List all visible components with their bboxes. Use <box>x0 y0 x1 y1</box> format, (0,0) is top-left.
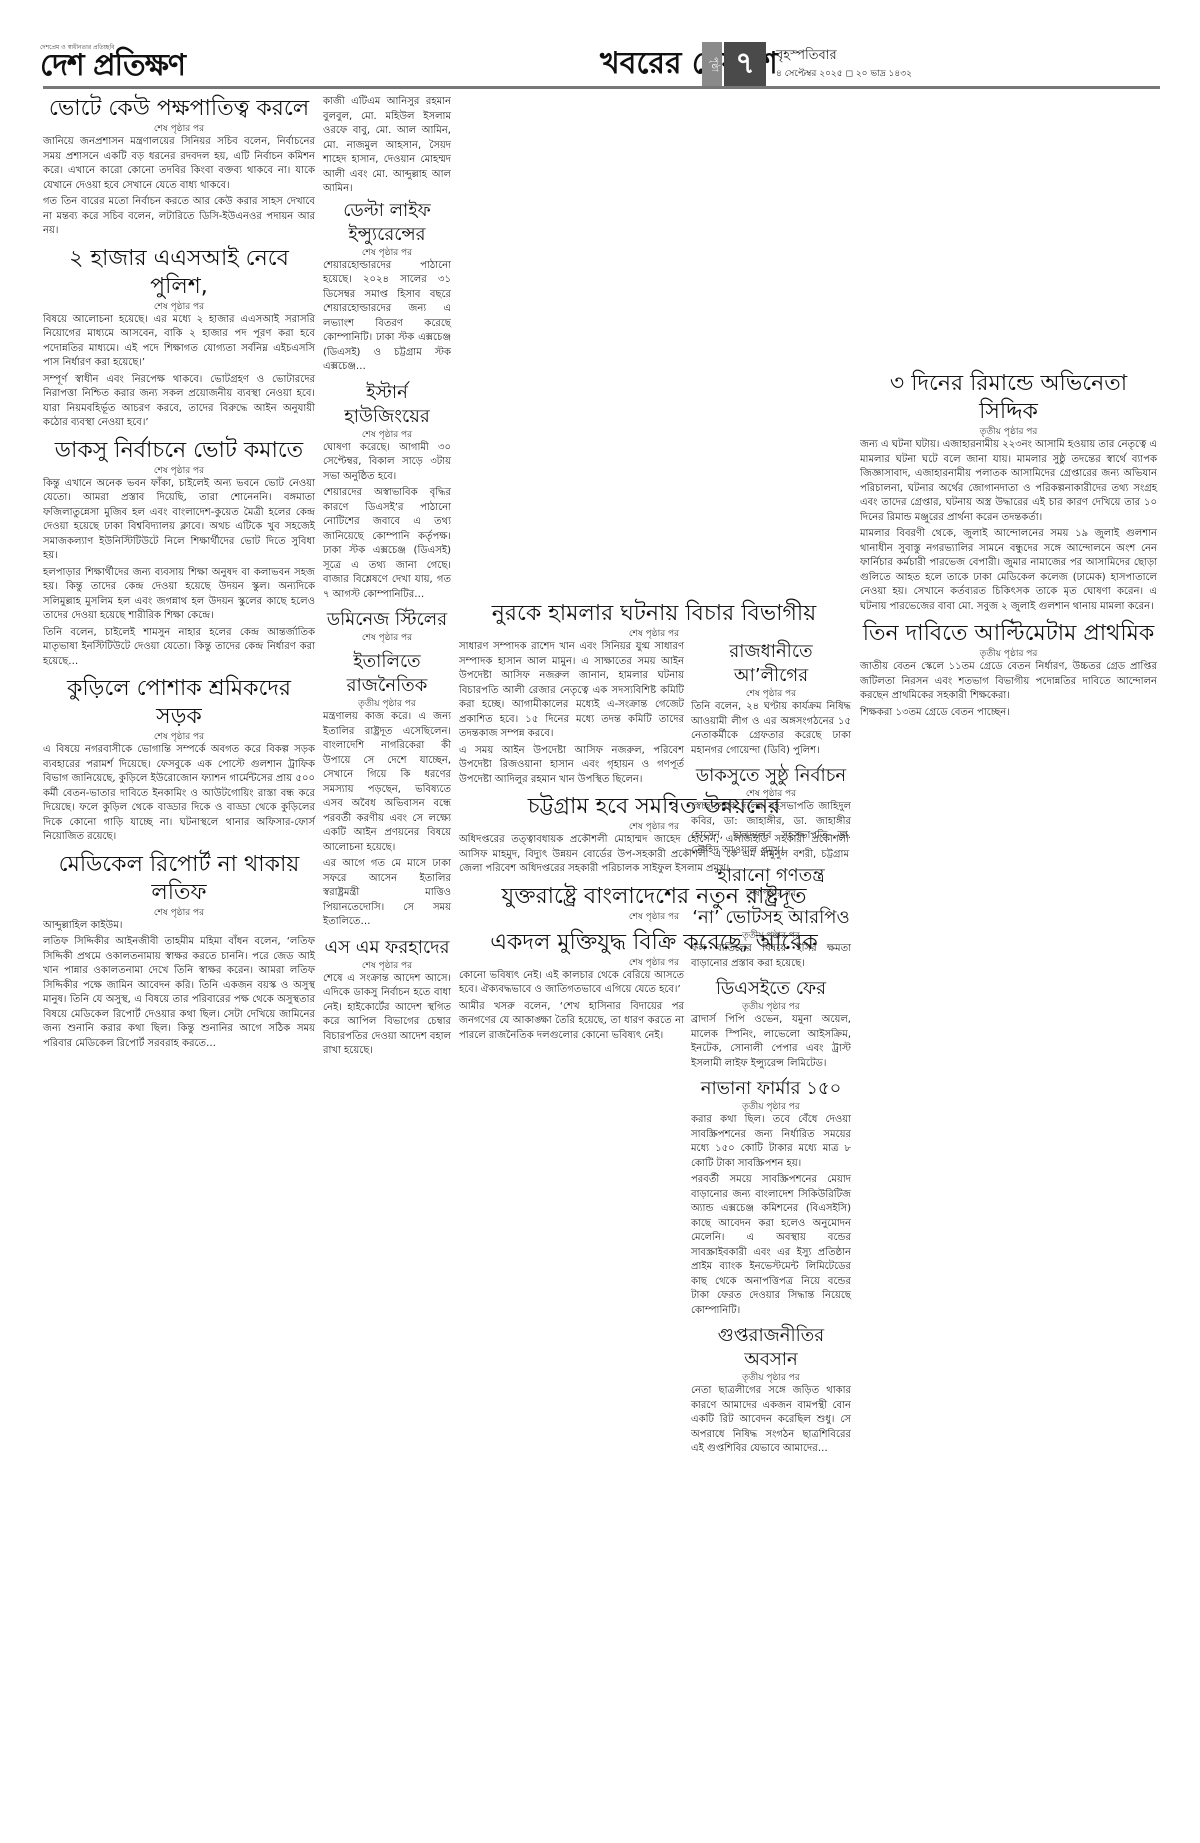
story-sm-farhad: এস এম ফরহাদের শেষ পৃষ্ঠার পর শেষে এ সংক্… <box>323 936 451 1059</box>
continuation-label: শেষ পৃষ্ঠার পর <box>323 960 451 972</box>
continuation-label: শেষ পৃষ্ঠার পর <box>323 632 451 644</box>
headline[interactable]: ডাকসুতে সুষ্ঠু নির্বাচন <box>691 764 851 788</box>
headline[interactable]: ‘না’ ভোটসহ আরপিও <box>691 906 851 930</box>
headline[interactable]: এস এম ফরহাদের <box>323 936 451 960</box>
story-dse: ডিএসইতে ফের তৃতীয় পৃষ্ঠার পর ব্রাদার্স … <box>691 977 851 1071</box>
story-police-asi: ২ হাজার এএসআই নেবে পুলিশ, শেষ পৃষ্ঠার পর… <box>43 245 315 431</box>
column-1: ভোটে কেউ পক্ষপাতিত্ব করলে শেষ পৃষ্ঠার পর… <box>43 95 315 1057</box>
story-primary-teachers: তিন দাবিতে আল্টিমেটাম প্রাথমিক তৃতীয় পৃ… <box>860 620 1157 720</box>
paragraph: ব্রাদার্স পিপি ওভেন, যমুনা অয়েল, মালেক … <box>691 1013 851 1071</box>
story-lost-democracy: হারানো গণতন্ত্র শেষ পৃষ্ঠার পর <box>691 864 851 900</box>
story-latif-medical: মেডিকেল রিপোর্ট না থাকায় লতিফ শেষ পৃষ্ঠ… <box>43 851 315 1052</box>
page-number: ৭ <box>724 42 766 86</box>
paragraph: কোনো ভবিষ্যৎ নেই। এই কালচার থেকে বেরিয়ে… <box>459 969 684 998</box>
continuation-label: শেষ পৃষ্ঠার পর <box>43 731 315 743</box>
paragraph: বিষয়ে আলোচনা হয়েছে। এর মধ্যে ২ হাজার এ… <box>43 313 315 371</box>
paragraph: জানিয়ে জনপ্রশাসন মন্ত্রণালয়ের সিনিয়র … <box>43 135 315 193</box>
continuation-label: শেষ পৃষ্ঠার পর <box>43 465 315 477</box>
story-capital-awami-league: রাজধানীতে আ’লীগের শেষ পৃষ্ঠার পর তিনি বল… <box>691 640 851 758</box>
paragraph: হলপাড়ার শিক্ষার্থীদের জন্য ব্যবসায় শিক… <box>43 566 315 624</box>
paragraph: জাতীয় বেতন স্কেলে ১১তম গ্রেডে বেতন নির্… <box>860 660 1157 704</box>
continuation-label: শেষ পৃষ্ঠার পর <box>323 247 451 259</box>
story-no-vote-rpo: ‘না’ ভোটসহ আরপিও তৃতীয় পৃষ্ঠার পর ফল বা… <box>691 906 851 971</box>
paragraph: মন্ত্রণালয় কাজ করে। এ জন্য ইতালির রাষ্ট… <box>323 710 451 855</box>
paragraph: শিক্ষকরা ১৩তম গ্রেডে বেতন পাচ্ছেন। <box>860 706 1157 721</box>
paragraph: পরবর্তী সময়ে সাবস্ক্রিপশনের মেয়াদ বাড়… <box>691 1173 851 1318</box>
headline[interactable]: তিন দাবিতে আল্টিমেটাম প্রাথমিক <box>860 620 1157 648</box>
publication-day: বৃহস্পতিবার <box>776 46 837 67</box>
paragraph: এ সময় আইন উপদেষ্টা আসিফ নজরুল, পরিবেশ উ… <box>459 744 684 788</box>
paragraph: লতিফ সিদ্দিকীর আইনজীবী তাহমীম মহিমা বাঁধ… <box>43 935 315 1051</box>
continuation-label: তৃতীয় পৃষ্ঠার পর <box>691 930 851 942</box>
continuation-label: শেষ পৃষ্ঠার পর <box>43 123 315 135</box>
paragraph: তিনি বলেন, ২৪ ঘণ্টায় কার্যক্রম নিষিদ্ধ … <box>691 700 851 758</box>
paragraph: সাধারণ সম্পাদক রাশেদ খান এবং সিনিয়র যুগ… <box>459 640 684 742</box>
paragraph: শেয়ারহোল্ডারদের পাঠানো হয়েছে। ২০২৪ সাল… <box>323 259 451 375</box>
paragraph: নেতা ছাত্রলীগের সঙ্গে জড়িত থাকার কারণে … <box>691 1384 851 1457</box>
paragraph: আমীর খসরু বলেন, ‘শেখ হাসিনার বিদায়ের পর… <box>459 1000 684 1044</box>
continuation-label: শেষ পৃষ্ঠার পর <box>323 429 451 441</box>
headline[interactable]: ভোটে কেউ পক্ষপাতিত্ব করলে <box>43 95 315 123</box>
headline[interactable]: ডাকসু নির্বাচনে ভোট কমাতে <box>43 437 315 465</box>
story-kuril-workers: কুড়িলে পোশাক শ্রমিকদের সড়ক শেষ পৃষ্ঠার… <box>43 675 315 845</box>
headline[interactable]: ডিএসইতে ফের <box>691 977 851 1001</box>
masthead-divider <box>43 86 1160 89</box>
headline[interactable]: ২ হাজার এএসআই নেবে পুলিশ, <box>43 245 315 301</box>
paragraph: সম্পূর্ণ স্বাধীন এবং নিরপেক্ষ থাকবে। ভোট… <box>43 373 315 431</box>
headline[interactable]: কুড়িলে পোশাক শ্রমিকদের সড়ক <box>43 675 315 731</box>
publication-date: ৪ সেপ্টেম্বর ২০২৫ ◻ ২০ ভাদ্র ১৪৩২ <box>776 66 912 81</box>
headline[interactable]: রাজধানীতে আ’লীগের <box>691 640 851 688</box>
story-navana-pharma: নাভানা ফার্মার ১৫০ তৃতীয় পৃষ্ঠার পর করা… <box>691 1077 851 1318</box>
continuation-label: শেষ পৃষ্ঠার পর <box>43 301 315 313</box>
paragraph: আব্দুল্লাহিল কাইউম। <box>43 919 315 934</box>
headline[interactable]: নাভানা ফার্মার ১৫০ <box>691 1077 851 1101</box>
story-ducsu-votes: ডাকসু নির্বাচনে ভোট কমাতে শেষ পৃষ্ঠার পর… <box>43 437 315 670</box>
headline[interactable]: ডেল্টা লাইফ ইন্স্যুরেন্সের <box>323 199 451 247</box>
story-secret-politics: গুপ্তরাজনীতির অবসান তৃতীয় পৃষ্ঠার পর নে… <box>691 1324 851 1457</box>
headline[interactable]: হারানো গণতন্ত্র <box>691 864 851 888</box>
continuation-label: তৃতীয় পৃষ্ঠার পর <box>691 1101 851 1113</box>
paragraph: ঘোষণা করেছে। আগামী ৩০ সেপ্টেম্বর, বিকাল … <box>323 441 451 485</box>
paragraph: তিনি বলেন, চাইলেই শামসুন নাহার হলের কেন্… <box>43 626 315 670</box>
continuation-label: তৃতীয় পৃষ্ঠার পর <box>860 648 1157 660</box>
continuation-label: তৃতীয় পৃষ্ঠার পর <box>691 1001 851 1013</box>
paragraph: এর আগে গত মে মাসে ঢাকা সফরে আসেন ইতালির … <box>323 857 451 930</box>
column-5: ৩ দিনের রিমান্ডে অভিনেতা সিদ্দিক তৃতীয় … <box>860 370 1157 726</box>
continuation-label: শেষ পৃষ্ঠার পর <box>459 628 849 640</box>
headline[interactable]: নুরকে হামলার ঘটনায় বিচার বিভাগীয় <box>459 600 849 628</box>
story-italy-political: ইতালিতে রাজনৈতিক তৃতীয় পৃষ্ঠার পর মন্ত্… <box>323 650 451 930</box>
column-2: কাজী এটিএম আনিসুর রহমান বুলবুল, মো. মহিউ… <box>323 95 451 1065</box>
continuation-label: শেষ পৃষ্ঠার পর <box>691 788 851 800</box>
masthead: দেশপ্রেম ও স্বাধীনতার প্রতিচ্ছবি দেশ প্র… <box>40 42 1160 86</box>
headline[interactable]: ইতালিতে রাজনৈতিক <box>323 650 451 698</box>
paragraph: কাজী এটিএম আনিসুর রহমান বুলবুল, মো. মহিউ… <box>323 95 451 197</box>
story-eastern-housing: ইস্টার্ন হাউজিংয়ের শেষ পৃষ্ঠার পর ঘোষণা… <box>323 381 451 603</box>
paragraph: ফল বাতিলের বিষয়ে ইসির ক্ষমতা বাড়ানোর প… <box>691 942 851 971</box>
paragraph: করার কথা ছিল। তবে বেঁধে দেওয়া সাবস্ক্রি… <box>691 1113 851 1171</box>
story-vote-bias: ভোটে কেউ পক্ষপাতিত্ব করলে শেষ পৃষ্ঠার পর… <box>43 95 315 239</box>
continuation-label: শেষ পৃষ্ঠার পর <box>691 888 851 900</box>
headline[interactable]: ডমিনেজ স্টিলের <box>323 608 451 632</box>
paragraph: কিন্তু এখানে অনেক ভবন ফাঁকা, চাইলেই অন্য… <box>43 477 315 564</box>
continuation-label: তৃতীয় পৃষ্ঠার পর <box>691 1372 851 1384</box>
paragraph: গত তিন বারের মতো নির্বাচন করতে আর কেউ কর… <box>43 195 315 239</box>
continuation-label: শেষ পৃষ্ঠার পর <box>691 688 851 700</box>
story-actor-siddique: ৩ দিনের রিমান্ডে অভিনেতা সিদ্দিক তৃতীয় … <box>860 370 1157 614</box>
paragraph: এ বিষয়ে নগরবাসীকে ভোগান্তি সম্পর্কে অবগ… <box>43 743 315 845</box>
headline[interactable]: মেডিকেল রিপোর্ট না থাকায় লতিফ <box>43 851 315 907</box>
page-label: পৃষ্ঠা <box>702 42 722 86</box>
headline[interactable]: ইস্টার্ন হাউজিংয়ের <box>323 381 451 429</box>
paragraph: মামলার বিবরণী থেকে, জুলাই আন্দোলনের সময়… <box>860 527 1157 614</box>
story-delta-life: কাজী এটিএম আনিসুর রহমান বুলবুল, মো. মহিউ… <box>323 95 451 375</box>
headline[interactable]: ৩ দিনের রিমান্ডে অভিনেতা সিদ্দিক <box>860 370 1157 426</box>
headline[interactable]: গুপ্তরাজনীতির অবসান <box>691 1324 851 1372</box>
paragraph: স্বেচ্ছাসেবক দলের সহসভাপতি জাহিদুল কবির,… <box>691 800 851 858</box>
story-dominage-steel: ডমিনেজ স্টিলের শেষ পৃষ্ঠার পর <box>323 608 451 644</box>
paragraph: শেষে এ সংক্রান্ত আদেশ আসে। এদিকে ডাকসু ন… <box>323 972 451 1059</box>
continuation-label: তৃতীয় পৃষ্ঠার পর <box>323 698 451 710</box>
story-ducsu-fair: ডাকসুতে সুষ্ঠু নির্বাচন শেষ পৃষ্ঠার পর স… <box>691 764 851 858</box>
column-4: রাজধানীতে আ’লীগের শেষ পৃষ্ঠার পর তিনি বল… <box>691 640 851 1463</box>
continuation-label: শেষ পৃষ্ঠার পর <box>43 907 315 919</box>
paragraph: শেয়ারদের অস্বাভাবিক বৃদ্ধির কারণে ডিএসই… <box>323 486 451 602</box>
newspaper-logo[interactable]: দেশ প্রতিক্ষণ <box>40 48 185 84</box>
paragraph: জন্য এ ঘটনা ঘটায়। এজাহারনামীয় ২২৩নং আস… <box>860 438 1157 525</box>
continuation-label: তৃতীয় পৃষ্ঠার পর <box>860 426 1157 438</box>
